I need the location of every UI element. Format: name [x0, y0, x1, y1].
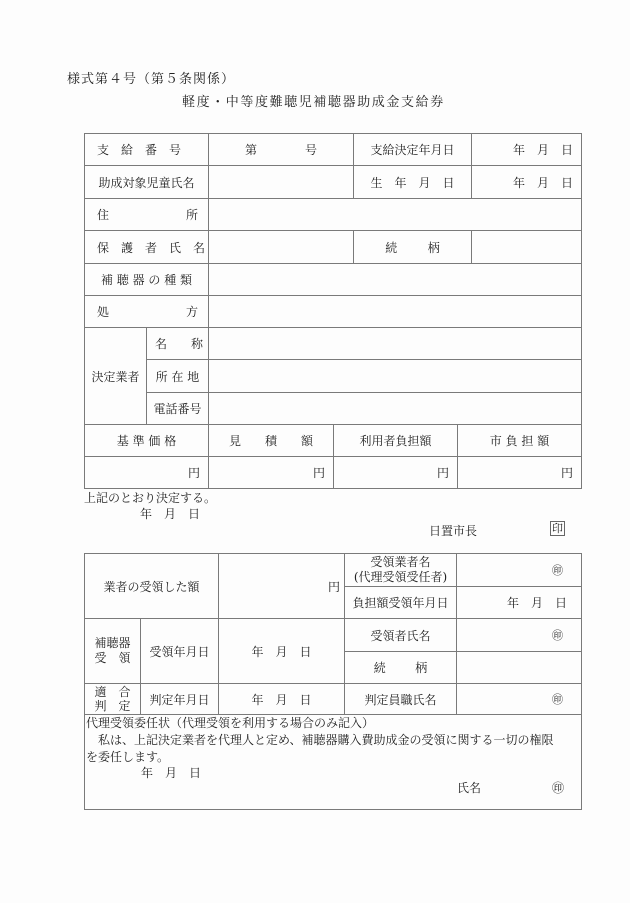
receipt-date-field[interactable]: 年 月 日	[219, 619, 345, 684]
city-burden-field[interactable]: 円	[458, 457, 582, 489]
relationship-label: 続柄	[354, 231, 472, 264]
seal-icon: ㊞	[552, 691, 563, 707]
judge-name-label: 判定員職氏名	[345, 684, 457, 715]
guardian-name-field[interactable]	[209, 231, 354, 264]
decision-date-label: 支給決定年月日	[354, 134, 472, 166]
user-burden-field[interactable]: 円	[334, 457, 458, 489]
prescription-label: 処方	[85, 296, 209, 328]
burden-receipt-date-label: 負担額受領年月日	[345, 587, 457, 619]
delegation-box: 代理受領委任状（代理受領を利用する場合のみ記入） 私は、上記決定業者を代理人と定…	[84, 714, 582, 810]
vendor-received-field[interactable]: 円	[219, 554, 345, 619]
standard-price-field[interactable]: 円	[85, 457, 209, 489]
receiving-vendor-label: 受領業者名(代理受領受任者)	[345, 554, 457, 587]
receiver-name-label: 受領者氏名	[345, 619, 457, 652]
official-seal-icon: 印	[550, 521, 565, 536]
receiving-vendor-field[interactable]: ㊞	[457, 554, 582, 587]
child-name-label: 助成対象児童氏名	[85, 166, 209, 199]
delegation-body-line2: を委任します。	[86, 749, 169, 766]
vendor-address-label: 所 在 地	[147, 360, 209, 393]
fitting-judgement-label: 適 合判 定	[85, 684, 141, 715]
standard-price-header: 基 準 価 格	[85, 425, 209, 457]
prescription-field[interactable]	[209, 296, 582, 328]
burden-receipt-date-field[interactable]: 年 月 日	[457, 587, 582, 619]
grant-number-field[interactable]: 第 号	[209, 134, 354, 166]
judge-name-field[interactable]: ㊞	[457, 684, 582, 715]
receipt-date-label: 受領年月日	[141, 619, 219, 684]
child-name-field[interactable]	[209, 166, 354, 199]
judgement-date-field[interactable]: 年 月 日	[219, 684, 345, 715]
decision-date-field[interactable]: 年 月 日	[472, 134, 582, 166]
grant-ticket-table: 支 給 番 号 第 号 支給決定年月日 年 月 日 助成対象児童氏名 生 年 月…	[84, 133, 582, 489]
delegation-date[interactable]: 年 月 日	[141, 765, 201, 782]
grant-number-label: 支 給 番 号	[85, 134, 209, 166]
guardian-name-label: 保 護 者 氏 名	[85, 231, 209, 264]
mayor-title: 日置市長	[429, 522, 477, 539]
vendor-address-field[interactable]	[209, 360, 582, 393]
seal-icon: ㊞	[552, 780, 564, 797]
page-title: 軽度・中等度難聴児補聴器助成金支給券	[182, 91, 445, 110]
address-label: 住所	[85, 199, 209, 231]
delegation-body-line1: 私は、上記決定業者を代理人と定め、補聴器購入費助成金の受領に関する一切の権限	[86, 732, 554, 749]
relationship-field[interactable]	[472, 231, 582, 264]
address-field[interactable]	[209, 199, 582, 231]
vendor-group-label: 決定業者	[85, 328, 147, 425]
number-suffix: 号	[305, 141, 317, 158]
device-receipt-label: 補聴器受 領	[85, 619, 141, 684]
receiver-relationship-field[interactable]	[457, 652, 582, 684]
vendor-received-label: 業者の受領した額	[85, 554, 219, 619]
receipt-table: 業者の受領した額 円 受領業者名(代理受領受任者) ㊞ 負担額受領年月日 年 月…	[84, 553, 582, 715]
judgement-date-label: 判定年月日	[141, 684, 219, 715]
vendor-phone-field[interactable]	[209, 393, 582, 425]
city-burden-header: 市 負 担 額	[458, 425, 582, 457]
decision-statement: 上記のとおり決定する。	[84, 489, 216, 506]
vendor-name-label: 名称	[147, 328, 209, 360]
delegation-heading: 代理受領委任状（代理受領を利用する場合のみ記入）	[86, 715, 374, 732]
birth-date-label: 生 年 月 日	[354, 166, 472, 199]
device-type-field[interactable]	[209, 264, 582, 296]
seal-icon: ㊞	[552, 562, 563, 578]
user-burden-header: 利用者負担額	[334, 425, 458, 457]
estimate-header: 見 積 額	[209, 425, 334, 457]
decision-date: 年 月 日	[140, 505, 200, 522]
receiver-relationship-label: 続柄	[345, 652, 457, 684]
delegation-name-label: 氏名	[457, 780, 481, 797]
device-type-label: 補 聴 器 の 種 類	[85, 264, 209, 296]
vendor-phone-label: 電話番号	[147, 393, 209, 425]
seal-icon: ㊞	[552, 627, 563, 643]
birth-date-field[interactable]: 年 月 日	[472, 166, 582, 199]
number-prefix: 第	[245, 141, 257, 158]
receiver-name-field[interactable]: ㊞	[457, 619, 582, 652]
form-number: 様式第４号（第５条関係）	[67, 68, 235, 87]
vendor-name-field[interactable]	[209, 328, 582, 360]
estimate-field[interactable]: 円	[209, 457, 334, 489]
